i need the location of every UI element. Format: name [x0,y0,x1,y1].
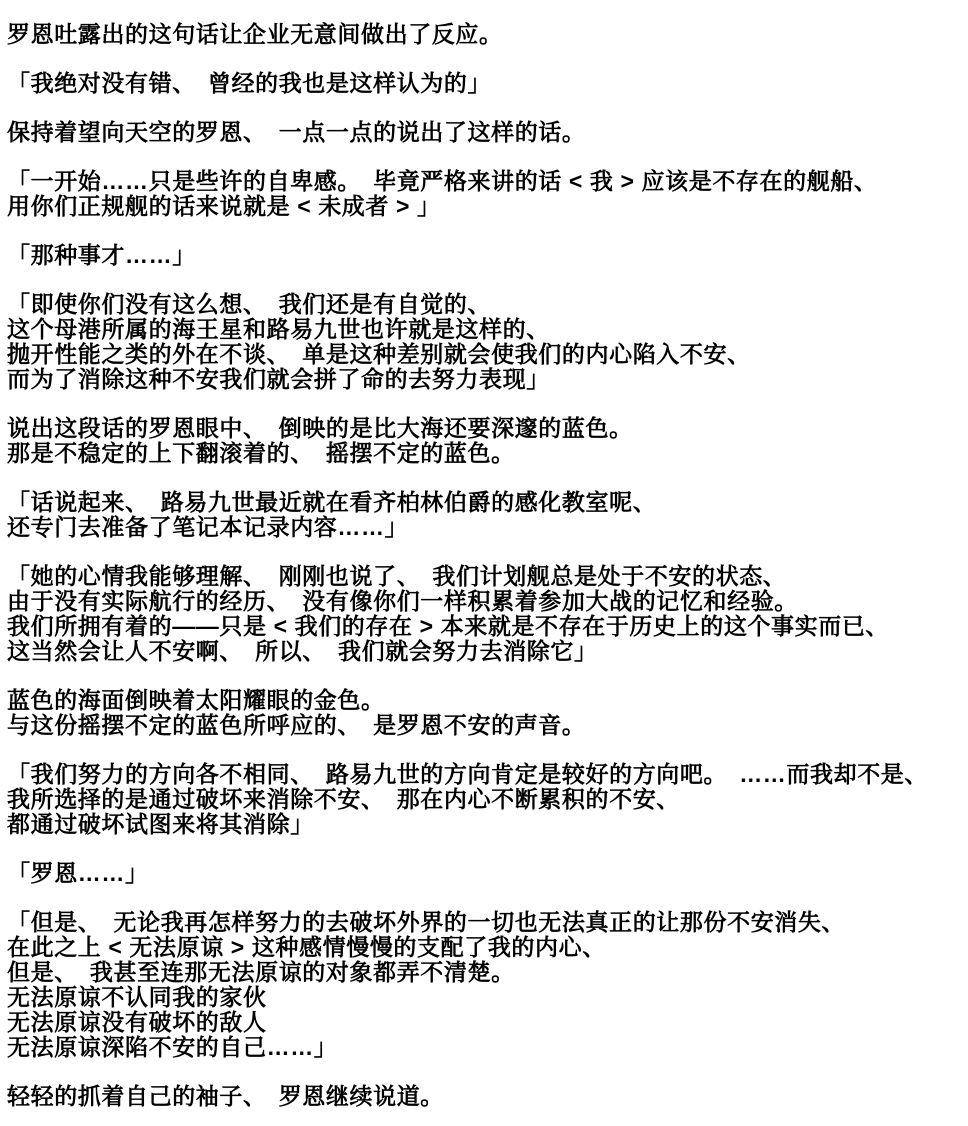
paragraph: 蓝色的海面倒映着太阳耀眼的金色。与这份摇摆不定的蓝色所呼应的、 是罗恩不安的声音… [7,688,966,738]
text-line: 无法原谅不认同我的家伙 [7,985,966,1010]
paragraph: 轻轻的抓着自己的袖子、 罗恩继续说道。 [7,1084,966,1109]
text-line: 说出这段话的罗恩眼中、 倒映的是比大海还要深邃的蓝色。 [7,416,966,441]
text-line: 在此之上 < 无法原谅 > 这种感情慢慢的支配了我的内心、 [7,935,966,960]
paragraph: 说出这段话的罗恩眼中、 倒映的是比大海还要深邃的蓝色。那是不稳定的上下翻滚着的、… [7,416,966,466]
text-line: 与这份摇摆不定的蓝色所呼应的、 是罗恩不安的声音。 [7,713,966,738]
text-line: 蓝色的海面倒映着太阳耀眼的金色。 [7,688,966,713]
text-line: 「那种事才……」 [7,243,966,268]
text-line: 保持着望向天空的罗恩、 一点一点的说出了这样的话。 [7,120,966,145]
paragraph: 「即使你们没有这么想、 我们还是有自觉的、这个母港所属的海王星和路易九世也许就是… [7,292,966,392]
text-line: 而为了消除这种不安我们就会拼了命的去努力表现」 [7,367,966,392]
text-line: 无法原谅深陷不安的自己……」 [7,1035,966,1060]
text-line: 抛开性能之类的外在不谈、 单是这种差别就会使我们的内心陷入不安、 [7,342,966,367]
paragraph: 「但是、 无论我再怎样努力的去破坏外界的一切也无法真正的让那份不安消失、在此之上… [7,910,966,1060]
text-line: 「即使你们没有这么想、 我们还是有自觉的、 [7,292,966,317]
paragraph: 「我们努力的方向各不相同、 路易九世的方向肯定是较好的方向吧。 ……而我却不是、… [7,762,966,837]
text-line: 我所选择的是通过破坏来消除不安、 那在内心不断累积的不安、 [7,787,966,812]
text-line: 这当然会让人不安啊、 所以、 我们就会努力去消除它」 [7,639,966,664]
text-line: 用你们正规舰的话来说就是 < 未成者 > 」 [7,194,966,219]
paragraph: 罗恩吐露出的这句话让企业无意间做出了反应。 [7,22,966,47]
paragraph: 「一开始……只是些许的自卑感。 毕竟严格来讲的话 < 我 > 应该是不存在的舰船… [7,169,966,219]
text-line: 那是不稳定的上下翻滚着的、 摇摆不定的蓝色。 [7,441,966,466]
text-line: 由于没有实际航行的经历、 没有像你们一样积累着参加大战的记忆和经验。 [7,589,966,614]
paragraph: 「话说起来、 路易九世最近就在看齐柏林伯爵的感化教室呢、还专门去准备了笔记本记录… [7,490,966,540]
text-line: 但是、 我甚至连那无法原谅的对象都弄不清楚。 [7,960,966,985]
text-line: 「我绝对没有错、 曾经的我也是这样认为的」 [7,71,966,96]
text-line: 「她的心情我能够理解、 刚刚也说了、 我们计划舰总是处于不安的状态、 [7,564,966,589]
text-line: 「但是、 无论我再怎样努力的去破坏外界的一切也无法真正的让那份不安消失、 [7,910,966,935]
text-line: 无法原谅没有破坏的敌人 [7,1010,966,1035]
text-line: 「我们努力的方向各不相同、 路易九世的方向肯定是较好的方向吧。 ……而我却不是、 [7,762,966,787]
text-line: 都通过破坏试图来将其消除」 [7,812,966,837]
text-line: 轻轻的抓着自己的袖子、 罗恩继续说道。 [7,1084,966,1109]
paragraph: 保持着望向天空的罗恩、 一点一点的说出了这样的话。 [7,120,966,145]
text-line: 罗恩吐露出的这句话让企业无意间做出了反应。 [7,22,966,47]
story-page: 罗恩吐露出的这句话让企业无意间做出了反应。「我绝对没有错、 曾经的我也是这样认为… [0,0,968,1109]
text-body: 罗恩吐露出的这句话让企业无意间做出了反应。「我绝对没有错、 曾经的我也是这样认为… [0,0,968,1109]
text-line: 还专门去准备了笔记本记录内容……」 [7,515,966,540]
paragraph: 「她的心情我能够理解、 刚刚也说了、 我们计划舰总是处于不安的状态、由于没有实际… [7,564,966,664]
text-line: 这个母港所属的海王星和路易九世也许就是这样的、 [7,317,966,342]
text-line: 我们所拥有着的——只是 < 我们的存在 > 本来就是不存在于历史上的这个事实而已… [7,614,966,639]
paragraph: 「我绝对没有错、 曾经的我也是这样认为的」 [7,71,966,96]
paragraph: 「罗恩……」 [7,861,966,886]
text-line: 「罗恩……」 [7,861,966,886]
text-line: 「话说起来、 路易九世最近就在看齐柏林伯爵的感化教室呢、 [7,490,966,515]
paragraph: 「那种事才……」 [7,243,966,268]
text-line: 「一开始……只是些许的自卑感。 毕竟严格来讲的话 < 我 > 应该是不存在的舰船… [7,169,966,194]
